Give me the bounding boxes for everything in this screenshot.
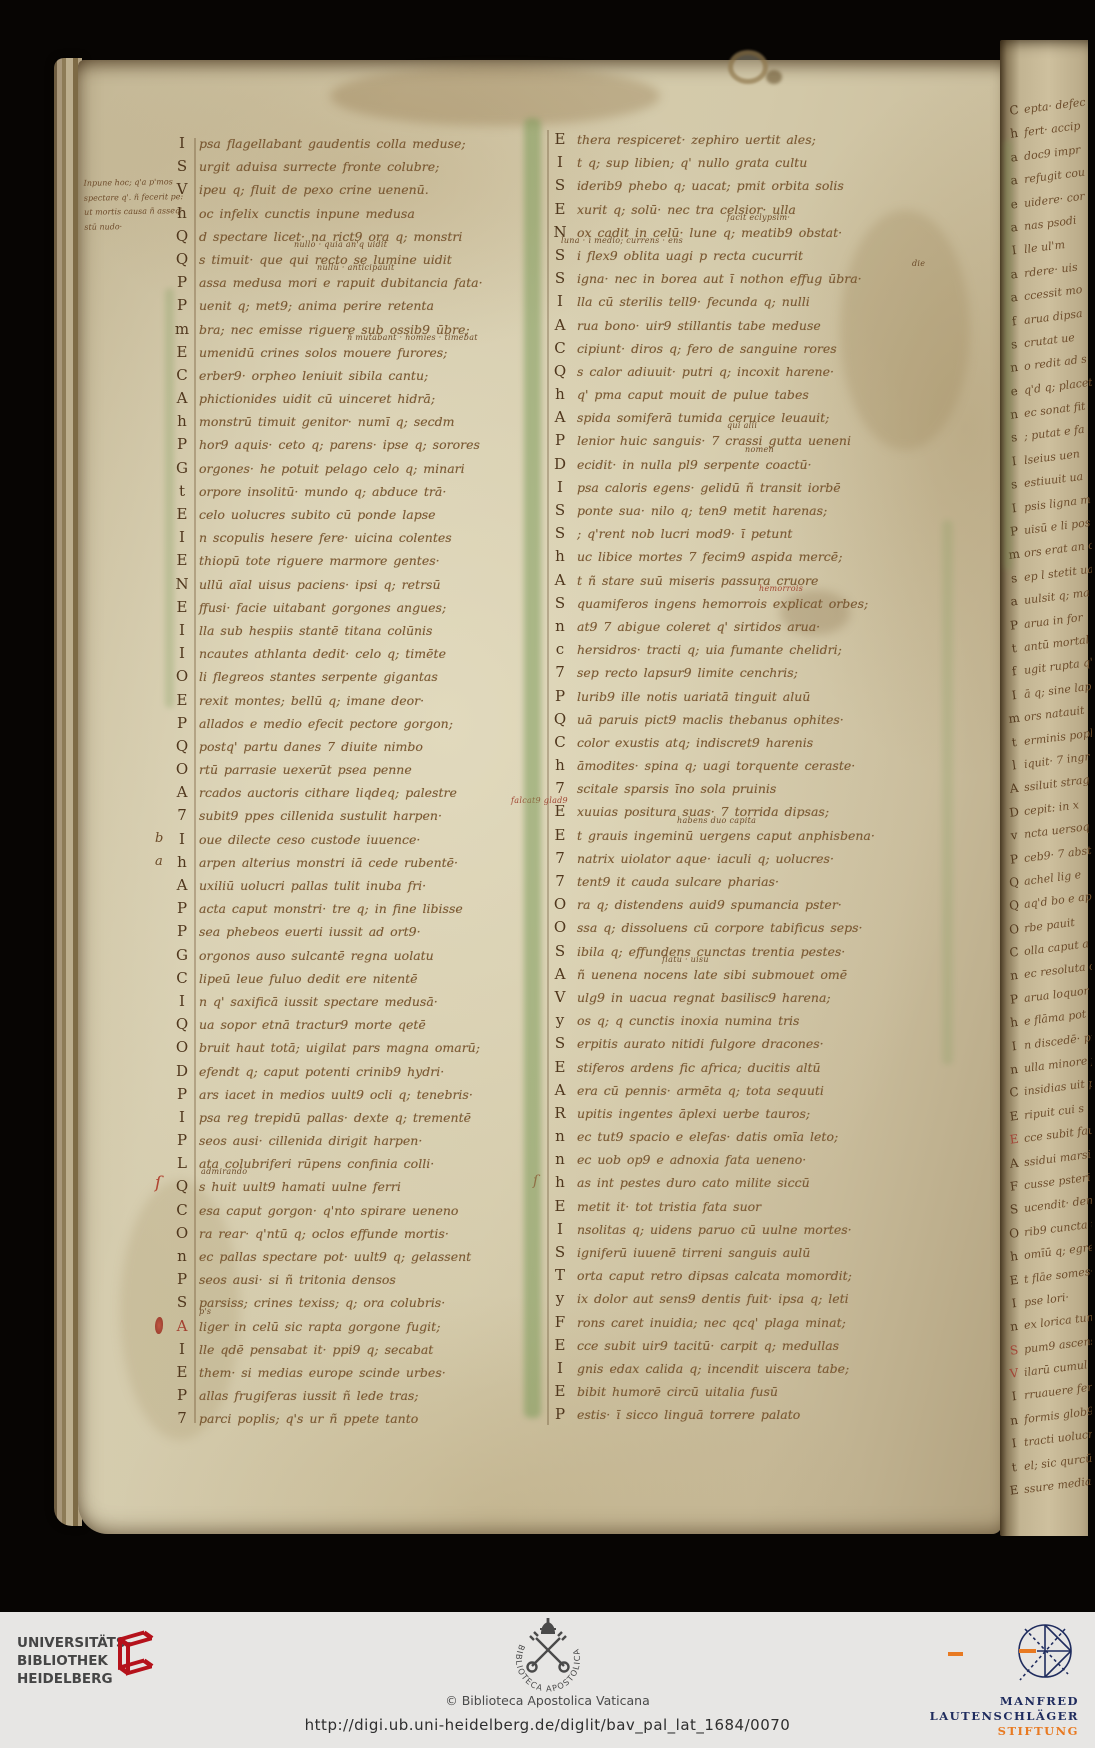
manuscript-line: yos q; q cunctis inoxia numina tris xyxy=(550,1008,875,1031)
line-text: bruit haut totā; uigilat pars magna omar… xyxy=(199,1040,480,1055)
manuscript-line: Gorgones· he potuit pelago celo q; minar… xyxy=(172,456,483,479)
fragment-initial: E xyxy=(1008,1479,1022,1504)
manuscript-line: Ipsa flagellabant gaudentis colla meduse… xyxy=(172,131,483,154)
line-initial: c xyxy=(550,638,570,661)
manuscript-line: Qs calor adiuuit· putri q; incoxit haren… xyxy=(550,359,875,382)
line-initial: I xyxy=(172,1338,192,1361)
manuscript-line: Ethera respiceret· zephiro uertit ales; xyxy=(550,127,875,150)
line-text: psa caloris egens· gelidū ñ transit iorb… xyxy=(577,480,841,495)
right-column-rule xyxy=(547,130,549,1425)
manuscript-line: Defendt q; caput potenti crinib9 hydri· xyxy=(172,1059,483,1082)
manuscript-line: Quā paruis pict9 maclis thebanus ophites… xyxy=(550,707,875,730)
rubric-mark: ſ xyxy=(155,1172,161,1195)
line-text: umenidū crines solos mouere furores; xyxy=(199,345,447,360)
manuscript-line: Signiferū iuuenē tirreni sanguis aulū xyxy=(550,1240,875,1263)
line-initial: E xyxy=(172,596,192,619)
interlinear-gloss: facit eclypsim· xyxy=(727,214,790,222)
manuscript-line: Torta caput retro dipsas calcata momordi… xyxy=(550,1263,875,1286)
line-initial: I xyxy=(172,642,192,665)
line-initial: O xyxy=(172,665,192,688)
manuscript-line: Qua sopor etnā tractur9 morte qetē xyxy=(172,1012,483,1035)
manuscript-line: Aera cū pennis· armēta q; tota sequuti xyxy=(550,1078,875,1101)
line-initial: P xyxy=(172,920,192,943)
manuscript-line: Ille qdē pensabat it· ppi9 q; secabat xyxy=(172,1337,483,1360)
line-text: tent9 it cauda sulcare pharias· xyxy=(577,874,779,889)
line-text: assa medusa mori e rapuit dubitancia fat… xyxy=(199,275,483,290)
manuscript-line: Aliger in celū sic rapta gorgone fugit;p… xyxy=(172,1314,483,1337)
manuscript-line: Pallados e medio efecit pectore gorgon; xyxy=(172,711,483,734)
line-text: ars iacet in medios uult9 ocli q; tenebr… xyxy=(199,1087,473,1102)
manuscript-line: Psea phebeos euerti iussit ad ort9· xyxy=(172,919,483,942)
manuscript-line: Ccipiunt· diros q; fero de sanguine rore… xyxy=(550,336,875,359)
manuscript-line: Surgit aduisa surrecte fronte colubre; xyxy=(172,154,483,177)
line-text: ec tut9 spacio e elefas· datis omīa leto… xyxy=(577,1129,838,1144)
line-initial: C xyxy=(172,1199,192,1222)
manuscript-line: ſQs huit uult9 hamati uulne ferriadmiran… xyxy=(172,1174,483,1197)
interlinear-gloss: flatu · uisu xyxy=(662,956,709,964)
manuscript-line: Effusi· facie uitabant gorgones angues; xyxy=(172,595,483,618)
line-text: t q; sup libien; q' nullo grata cultu xyxy=(577,155,807,170)
line-text: i flex9 oblita uagi p recta cucurrit xyxy=(577,248,803,263)
manuscript-line: bIoue dilecte ceso custode iuuence· xyxy=(172,827,483,850)
manuscript-line: aharpen alterius monstri iā cede rubentē… xyxy=(172,850,483,873)
manuscript-line: Ignis edax calida q; incendit uiscera ta… xyxy=(550,1356,875,1379)
manuscript-line: Illa sub hespiis stantē titana colūnis xyxy=(172,618,483,641)
line-initial: 7 xyxy=(550,777,570,800)
manuscript-line: Puenit q; met9; anima perire retenta xyxy=(172,293,483,316)
manuscript-line: Arua bono· uir9 stillantis tabe meduse xyxy=(550,313,875,336)
line-text: sea phebeos euerti iussit ad ort9· xyxy=(199,924,421,939)
line-text: uā paruis pict9 maclis thebanus ophites· xyxy=(577,712,844,727)
manuscript-line: Cerber9· orpheo leniuit sibila cantu; xyxy=(172,363,483,386)
line-text: rexit montes; bellū q; imane deor· xyxy=(199,693,424,708)
marginal-note-line: Inpune hoc; q'a p'mos xyxy=(84,175,176,191)
manuscript-line: Pseos ausi· cillenida dirigit harpen· xyxy=(172,1128,483,1151)
line-text: as int pestes duro cato milite siccū xyxy=(577,1175,810,1190)
line-text: color exustis atq; indiscret9 harenis xyxy=(577,735,813,750)
line-text: uc libice mortes 7 fecim9 aspida mercē; xyxy=(577,549,842,564)
manuscript-line: Ecelo uolucres subito cū ponde lapse xyxy=(172,502,483,525)
manuscript-line: Pestis· ī sicco linguā torrere palato xyxy=(550,1402,875,1425)
line-text: urgit aduisa surrecte fronte colubre; xyxy=(199,159,439,174)
line-text: spida somiferā tumida ceruice leuauit; xyxy=(577,410,829,425)
line-initial: n xyxy=(550,1125,570,1148)
text-column-right: Ethera respiceret· zephiro uertit ales;I… xyxy=(550,127,875,1426)
manuscript-line: 7tent9 it cauda sulcare pharias· xyxy=(550,869,875,892)
line-text: s huit uult9 hamati uulne ferri xyxy=(199,1179,401,1194)
line-initial: 7 xyxy=(550,661,570,684)
manuscript-line: Squamiferos ingens hemorrois explicat or… xyxy=(550,591,875,614)
manuscript-line: Serpitis aurato nitidi fulgore dracones· xyxy=(550,1031,875,1054)
line-text: gnis edax calida q; incendit uiscera tab… xyxy=(577,1361,849,1376)
line-text: scitale sparsis īno sola pruinis xyxy=(577,781,776,796)
manuscript-line: Exurit q; solū· nec tra celsior· ulla xyxy=(550,197,875,220)
line-initial: Q xyxy=(172,1013,192,1036)
line-initial: Q xyxy=(172,735,192,758)
manuscript-line: Ethem· si medias europe scinde urbes· xyxy=(172,1360,483,1383)
line-text: ibila q; effundens cunctas trentia peste… xyxy=(577,944,845,959)
line-text: parsiss; crines texiss; q; ora colubris· xyxy=(199,1295,445,1310)
line-initial: P xyxy=(550,685,570,708)
line-initial: R xyxy=(550,1102,570,1125)
line-initial: P xyxy=(172,1268,192,1291)
manuscript-line: Qpostq' partu danes 7 diuite nimbo xyxy=(172,734,483,757)
manuscript-line: ſhas int pestes duro cato milite siccū xyxy=(550,1170,875,1193)
manuscript-line: hoc infelix cunctis inpune medusa xyxy=(172,201,483,224)
line-text: igna· nec in borea aut ī nothon effug ūb… xyxy=(577,271,862,286)
line-text: acta caput monstri· tre q; in fine libis… xyxy=(199,901,463,916)
line-text: oc infelix cunctis inpune medusa xyxy=(199,206,415,221)
line-text: uenit q; met9; anima perire retenta xyxy=(199,298,434,313)
line-initial: I xyxy=(172,132,192,155)
manuscript-line: S; q'rent nob lucri mod9· ī petunt xyxy=(550,521,875,544)
manuscript-line: Si flex9 oblita uagi p recta cucurritlun… xyxy=(550,243,875,266)
fragment-text: ssure medias; fe xyxy=(1023,1472,1092,1496)
line-text: lipeū leue fuluo dedit ere nitentē xyxy=(199,971,418,986)
line-text: allados e medio efecit pectore gorgon; xyxy=(199,716,453,731)
line-initial: h xyxy=(550,545,570,568)
marginal-note: Inpune hoc; q'a p'mos spectare q'. ñ fec… xyxy=(84,175,177,235)
manuscript-line: Obruit haut totā; uigilat pars magna oma… xyxy=(172,1035,483,1058)
line-initial: P xyxy=(550,1403,570,1426)
line-text: ullū aīal uisus paciens· ipsi q; retrsū xyxy=(199,577,441,592)
line-text: orpore insolitū· mundo q; abduce trā· xyxy=(199,484,446,499)
line-text: seos ausi· si ñ tritonia densos xyxy=(199,1272,396,1287)
interlinear-gloss: habens duo capita xyxy=(677,817,756,825)
line-initial: y xyxy=(550,1009,570,1032)
manuscript-line: Auxiliū uolucri pallas tulit inuba fri· xyxy=(172,873,483,896)
wormhole-ring xyxy=(728,50,768,84)
manuscript-line: hq' pma caput mouit de pulue tabes xyxy=(550,382,875,405)
line-text: ñ uenena nocens late sibi submouet omē xyxy=(577,967,847,982)
line-initial: h xyxy=(550,1171,570,1194)
green-stripe-center xyxy=(524,118,541,1418)
manuscript-line: Cesa caput gorgon· q'nto spirare ueneno xyxy=(172,1198,483,1221)
line-text: ra q; distendens auid9 spumancia pster· xyxy=(577,897,842,912)
line-text: lla cū sterilis tell9· fecunda q; nulli xyxy=(577,294,810,309)
line-text: era cū pennis· armēta q; tota sequuti xyxy=(577,1083,824,1098)
line-initial: Q xyxy=(550,360,570,383)
line-text: ulg9 in uacua regnat basilisc9 harena; xyxy=(577,990,831,1005)
line-initial: n xyxy=(550,1148,570,1171)
line-initial: S xyxy=(550,1241,570,1264)
line-initial: m xyxy=(172,318,192,341)
line-text: ix dolor aut sens9 dentis fuit· ipsa q; … xyxy=(577,1291,849,1306)
line-initial: N xyxy=(172,573,192,596)
line-initial: S xyxy=(172,1291,192,1314)
marginal-note-line: stū nudo· xyxy=(84,219,176,235)
line-initial: P xyxy=(172,1083,192,1106)
manuscript-line: Nullū aīal uisus paciens· ipsi q; retrsū xyxy=(172,572,483,595)
line-text: them· si medias europe scinde urbes· xyxy=(199,1365,446,1380)
line-text: orgonos auso sulcantē regna uolatu xyxy=(199,948,434,963)
manuscript-line: nat9 7 abigue coleret q' sirtidos arua· xyxy=(550,614,875,637)
manuscript-line: Incautes athlanta dedit· celo q; timēte xyxy=(172,641,483,664)
manuscript-line: Ethiopū tote riguere marmore gentes· xyxy=(172,548,483,571)
line-initial: t xyxy=(172,480,192,503)
line-initial: P xyxy=(550,429,570,452)
line-text: quamiferos ingens hemorrois explicat orb… xyxy=(577,596,868,611)
line-text: rcados auctoris cithare liqdeq; palestre xyxy=(199,785,457,800)
line-initial: E xyxy=(550,1380,570,1403)
line-initial: O xyxy=(550,893,570,916)
line-initial: I xyxy=(550,290,570,313)
line-text: n q' saxificā iussit spectare medusā· xyxy=(199,994,438,1009)
line-initial: Q xyxy=(172,248,192,271)
manuscript-line: 7scitale sparsis īno sola pruinis xyxy=(550,776,875,799)
manuscript-line: nec tut9 spacio e elefas· datis omīa let… xyxy=(550,1124,875,1147)
manuscript-line: Ecce subit uir9 tacitū· carpit q; medull… xyxy=(550,1333,875,1356)
line-initial: E xyxy=(172,549,192,572)
line-text: ffusi· facie uitabant gorgones angues; xyxy=(199,600,446,615)
interlinear-gloss: hemorrois xyxy=(759,585,803,593)
line-text: n scopulis hesere fere· uicina colentes xyxy=(199,530,452,545)
line-text: uxiliū uolucri pallas tulit inuba fri· xyxy=(199,878,426,893)
line-initial: E xyxy=(172,1361,192,1384)
margin-letter: b xyxy=(155,827,163,850)
ub-heidelberg-logo-icon xyxy=(104,1620,156,1698)
line-initial: E xyxy=(550,1195,570,1218)
line-initial: L xyxy=(172,1152,192,1175)
line-initial: I xyxy=(550,151,570,174)
line-initial: C xyxy=(172,967,192,990)
manuscript-line: 7sep recto lapsur9 limite cenchris; xyxy=(550,660,875,683)
line-text: subit9 ppes cillenida sustulit harpen· xyxy=(199,808,442,823)
line-text: ipeu q; fluit de pexo crine uenenū. xyxy=(199,182,429,197)
line-initial: P xyxy=(172,712,192,735)
marginal-note-line: spectare q'. ñ fecerit pe: xyxy=(84,190,176,206)
manuscript-line: huc libice mortes 7 fecim9 aspida mercē; xyxy=(550,544,875,567)
line-text: os q; q cunctis inoxia numina tris xyxy=(577,1013,799,1028)
line-text: rua bono· uir9 stillantis tabe meduse xyxy=(577,318,821,333)
line-text: hor9 aquis· ceto q; parens· ipse q; soro… xyxy=(199,437,480,452)
copyright-caption: © Biblioteca Apostolica Vaticana xyxy=(0,1693,1095,1708)
line-text: seos ausi· cillenida dirigit harpen· xyxy=(199,1133,422,1148)
marginal-note-line: ut mortis causa ñ asseq' xyxy=(84,204,176,220)
manuscript-line: Emetit it· tot tristia fata suor xyxy=(550,1194,875,1217)
line-text: bibit humorē circū uitalia fusū xyxy=(577,1384,778,1399)
line-initial: A xyxy=(550,406,570,429)
line-initial: E xyxy=(550,824,570,847)
line-text: efendt q; caput potenti crinib9 hydri· xyxy=(199,1064,444,1079)
manuscript-line: Clipeū leue fuluo dedit ere nitentē xyxy=(172,966,483,989)
line-text: ecidit· in nulla pl9 serpente coactū· xyxy=(577,457,812,472)
line-text: cce subit uir9 tacitū· carpit q; medulla… xyxy=(577,1338,839,1353)
manuscript-line: hāmodites· spina q; uagi torquente ceras… xyxy=(550,753,875,776)
manuscript-line: Ossa q; dissoluens cū corpore tabificus … xyxy=(550,915,875,938)
margin-letter: a xyxy=(155,850,163,873)
manuscript-line: Ipsa caloris egens· gelidū ñ transit ior… xyxy=(550,475,875,498)
line-initial: T xyxy=(550,1264,570,1287)
line-text: igniferū iuuenē tirreni sanguis aulū xyxy=(577,1245,810,1260)
manuscript-line: torpore insolitū· mundo q; abduce trā· xyxy=(172,479,483,502)
line-initial: S xyxy=(550,940,570,963)
line-initial: P xyxy=(172,433,192,456)
interlinear-gloss: nullū · anticipauit xyxy=(317,264,394,272)
manuscript-line: Plurib9 ille notis uariatā tinguit aluū xyxy=(550,684,875,707)
manuscript-line: Ebibit humorē circū uitalia fusū xyxy=(550,1379,875,1402)
line-initial: h xyxy=(550,383,570,406)
manuscript-photo: Inpune hoc; q'a p'mos spectare q'. ñ fec… xyxy=(0,0,1095,1612)
line-initial: V xyxy=(172,178,192,201)
line-text: li flegreos stantes serpente gigantas xyxy=(199,669,438,684)
line-text: parci poplis; q's ur ñ ppete tanto xyxy=(199,1411,418,1426)
manuscript-line: Pseos ausi· si ñ tritonia densos xyxy=(172,1267,483,1290)
line-initial: A xyxy=(550,569,570,592)
line-initial: P xyxy=(172,1129,192,1152)
line-initial: 7 xyxy=(172,804,192,827)
manuscript-line: Ortū parrasie uexerūt psea penne xyxy=(172,757,483,780)
line-text: esa caput gorgon· q'nto spirare ueneno xyxy=(199,1203,458,1218)
manuscript-line: At ñ stare suū miseris passura cruore xyxy=(550,568,875,591)
manuscript-line: Frons caret inuidia; nec qcq' plaga mina… xyxy=(550,1310,875,1333)
rubric-mark xyxy=(155,1317,163,1334)
line-text: q' pma caput mouit de pulue tabes xyxy=(577,387,809,402)
line-initial: P xyxy=(172,294,192,317)
manuscript-line: Vipeu q; fluit de pexo crine uenenū. xyxy=(172,177,483,200)
line-initial: O xyxy=(550,916,570,939)
manuscript-line: Phor9 aquis· ceto q; parens· ipse q; sor… xyxy=(172,432,483,455)
interlinear-gloss: nullo · quia an'q uidit xyxy=(294,241,387,249)
manuscript-line: 7natrix uiolator aque· iaculi q; uolucre… xyxy=(550,846,875,869)
line-text: liger in celū sic rapta gorgone fugit; xyxy=(199,1319,440,1334)
line-text: psa reg trepidū pallas· dexte q; trement… xyxy=(199,1110,471,1125)
line-text: allas frugiferas iussit ñ lede tras; xyxy=(199,1388,419,1403)
line-initial: I xyxy=(172,828,192,851)
line-initial: S xyxy=(550,267,570,290)
manuscript-line: Pallas frugiferas iussit ñ lede tras; xyxy=(172,1383,483,1406)
line-text: postq' partu danes 7 diuite nimbo xyxy=(199,739,423,754)
manuscript-line: Vulg9 in uacua regnat basilisc9 harena; xyxy=(550,985,875,1008)
interlinear-gloss: ñ mutabant · homīes · timebat xyxy=(347,334,478,342)
line-text: rtū parrasie uexerūt psea penne xyxy=(199,762,412,777)
line-text: ec uob op9 e adnoxia fata ueneno· xyxy=(577,1152,806,1167)
manuscript-line: Rupitis ingentes āplexi uerbe tauros; xyxy=(550,1101,875,1124)
line-text: s calor adiuuit· putri q; incoxit harene… xyxy=(577,364,834,379)
interlinear-gloss: nomen xyxy=(745,446,774,454)
manuscript-line: Pars iacet in medios uult9 ocli q; teneb… xyxy=(172,1082,483,1105)
text-column-left: Ipsa flagellabant gaudentis colla meduse… xyxy=(172,131,483,1430)
manuscript-line: 7subit9 ppes cillenida sustulit harpen·f… xyxy=(172,803,483,826)
line-initial: I xyxy=(172,619,192,642)
line-text: psa flagellabant gaudentis colla meduse; xyxy=(199,136,466,151)
line-text: orgones· he potuit pelago celo q; minari xyxy=(199,461,465,476)
line-initial: E xyxy=(172,689,192,712)
manuscript-line: It q; sup libien; q' nullo grata cultu xyxy=(550,150,875,173)
manuscript-line: Oli flegreos stantes serpente gigantas xyxy=(172,664,483,687)
interlinear-gloss: admirando xyxy=(201,1168,247,1176)
line-text: ra rear· q'ntū q; oclos effunde mortis· xyxy=(199,1226,449,1241)
source-url-text: http://digi.ub.uni-heidelberg.de/diglit/… xyxy=(0,1716,1095,1734)
manuscript-line: In q' saxificā iussit spectare medusā· xyxy=(172,989,483,1012)
mls-logo-icon xyxy=(1012,1622,1078,1692)
manuscript-line: Erexit montes; bellū q; imane deor· xyxy=(172,688,483,711)
manuscript-line: nec pallas spectare pot· uult9 q; gelass… xyxy=(172,1244,483,1267)
top-edge-stain xyxy=(330,66,660,126)
line-text: metit it· tot tristia fata suor xyxy=(577,1199,761,1214)
line-initial: A xyxy=(550,1079,570,1102)
line-initial: D xyxy=(172,1060,192,1083)
line-text: orta caput retro dipsas calcata momordit… xyxy=(577,1268,852,1283)
line-text: lle qdē pensabat it· ppi9 q; secabat xyxy=(199,1342,433,1357)
line-initial: C xyxy=(172,364,192,387)
line-text: āmodites· spina q; uagi torquente cerast… xyxy=(577,758,855,773)
manuscript-line: Ora q; distendens auid9 spumancia pster· xyxy=(550,892,875,915)
manuscript-line: hmonstrū timuit genitor· numī q; secdm xyxy=(172,409,483,432)
line-initial: h xyxy=(172,202,192,225)
line-initial: S xyxy=(172,155,192,178)
manuscript-line: Signa· nec in borea aut ī nothon effug ū… xyxy=(550,266,875,289)
line-initial: Q xyxy=(550,708,570,731)
line-text: celo uolucres subito cū ponde lapse xyxy=(199,507,436,522)
line-initial: Q xyxy=(172,225,192,248)
line-text: rons caret inuidia; nec qcq' plaga minat… xyxy=(577,1315,846,1330)
green-smudge-right-margin xyxy=(942,520,953,1065)
line-text: natrix uiolator aque· iaculi q; uolucres… xyxy=(577,851,834,866)
manuscript-line: Añ uenena nocens late sibi submouet omēf… xyxy=(550,962,875,985)
line-initial: A xyxy=(550,963,570,986)
line-text: estis· ī sicco linguā torrere palato xyxy=(577,1407,800,1422)
line-initial: G xyxy=(172,944,192,967)
line-text: at9 7 abigue coleret q' sirtidos arua· xyxy=(577,619,820,634)
manuscript-line: Decidit· in nulla pl9 serpente coactū·no… xyxy=(550,452,875,475)
manuscript-line: Gorgonos auso sulcantē regna uolatu xyxy=(172,943,483,966)
green-stripe-left xyxy=(165,288,174,708)
line-initial: h xyxy=(172,851,192,874)
line-text: hersidros· tracti q; uia fumante chelidr… xyxy=(577,642,842,657)
line-initial: F xyxy=(550,1311,570,1334)
line-initial: 7 xyxy=(550,870,570,893)
line-initial: h xyxy=(550,754,570,777)
line-initial: I xyxy=(550,476,570,499)
line-text: ec pallas spectare pot· uult9 q; gelasse… xyxy=(199,1249,471,1264)
manuscript-line: Sparsiss; crines texiss; q; ora colubris… xyxy=(172,1290,483,1313)
line-initial: G xyxy=(172,457,192,480)
green-smudge-fore-edge xyxy=(1004,140,1012,570)
line-initial: O xyxy=(172,1036,192,1059)
line-initial: C xyxy=(550,731,570,754)
manuscript-line: chersidros· tracti q; uia fumante chelid… xyxy=(550,637,875,660)
line-text: upitis ingentes āplexi uerbe tauros; xyxy=(577,1106,810,1121)
manuscript-line: In scopulis hesere fere· uicina colentes xyxy=(172,525,483,548)
manuscript-line: Eumenidū crines solos mouere furores;ñ m… xyxy=(172,340,483,363)
manuscript-line: Sponte sua· nilo q; ten9 metit harenas; xyxy=(550,498,875,521)
line-text: cipiunt· diros q; fero de sanguine rores xyxy=(577,341,837,356)
manuscript-line: Estiferos ardens fic africa; ducitis alt… xyxy=(550,1055,875,1078)
manuscript-line: 7parci poplis; q's ur ñ ppete tanto xyxy=(172,1406,483,1429)
line-initial: I xyxy=(172,990,192,1013)
line-initial: D xyxy=(550,453,570,476)
line-initial: E xyxy=(550,1056,570,1079)
line-text: ncautes athlanta dedit· celo q; timēte xyxy=(199,646,446,661)
line-initial: I xyxy=(172,1106,192,1129)
manuscript-line: Passa medusa mori e rapuit dubitancia fa… xyxy=(172,270,483,293)
line-initial: A xyxy=(172,781,192,804)
interlinear-gloss: luna · ī medio; currens · ens xyxy=(561,237,683,245)
line-initial: S xyxy=(550,522,570,545)
manuscript-line: Ccolor exustis atq; indiscret9 harenis xyxy=(550,730,875,753)
line-text: thiopū tote riguere marmore gentes· xyxy=(199,553,440,568)
line-initial: I xyxy=(172,526,192,549)
line-initial: 7 xyxy=(172,1407,192,1430)
manuscript-line: Ipsa reg trepidū pallas· dexte q; tremen… xyxy=(172,1105,483,1128)
line-initial: E xyxy=(550,198,570,221)
line-initial: 7 xyxy=(550,847,570,870)
manuscript-line: Siderib9 phebo q; uacat; pmit orbita sol… xyxy=(550,173,875,196)
manuscript-line: Ora rear· q'ntū q; oclos effunde mortis· xyxy=(172,1221,483,1244)
line-initial: n xyxy=(550,615,570,638)
line-initial: P xyxy=(172,897,192,920)
